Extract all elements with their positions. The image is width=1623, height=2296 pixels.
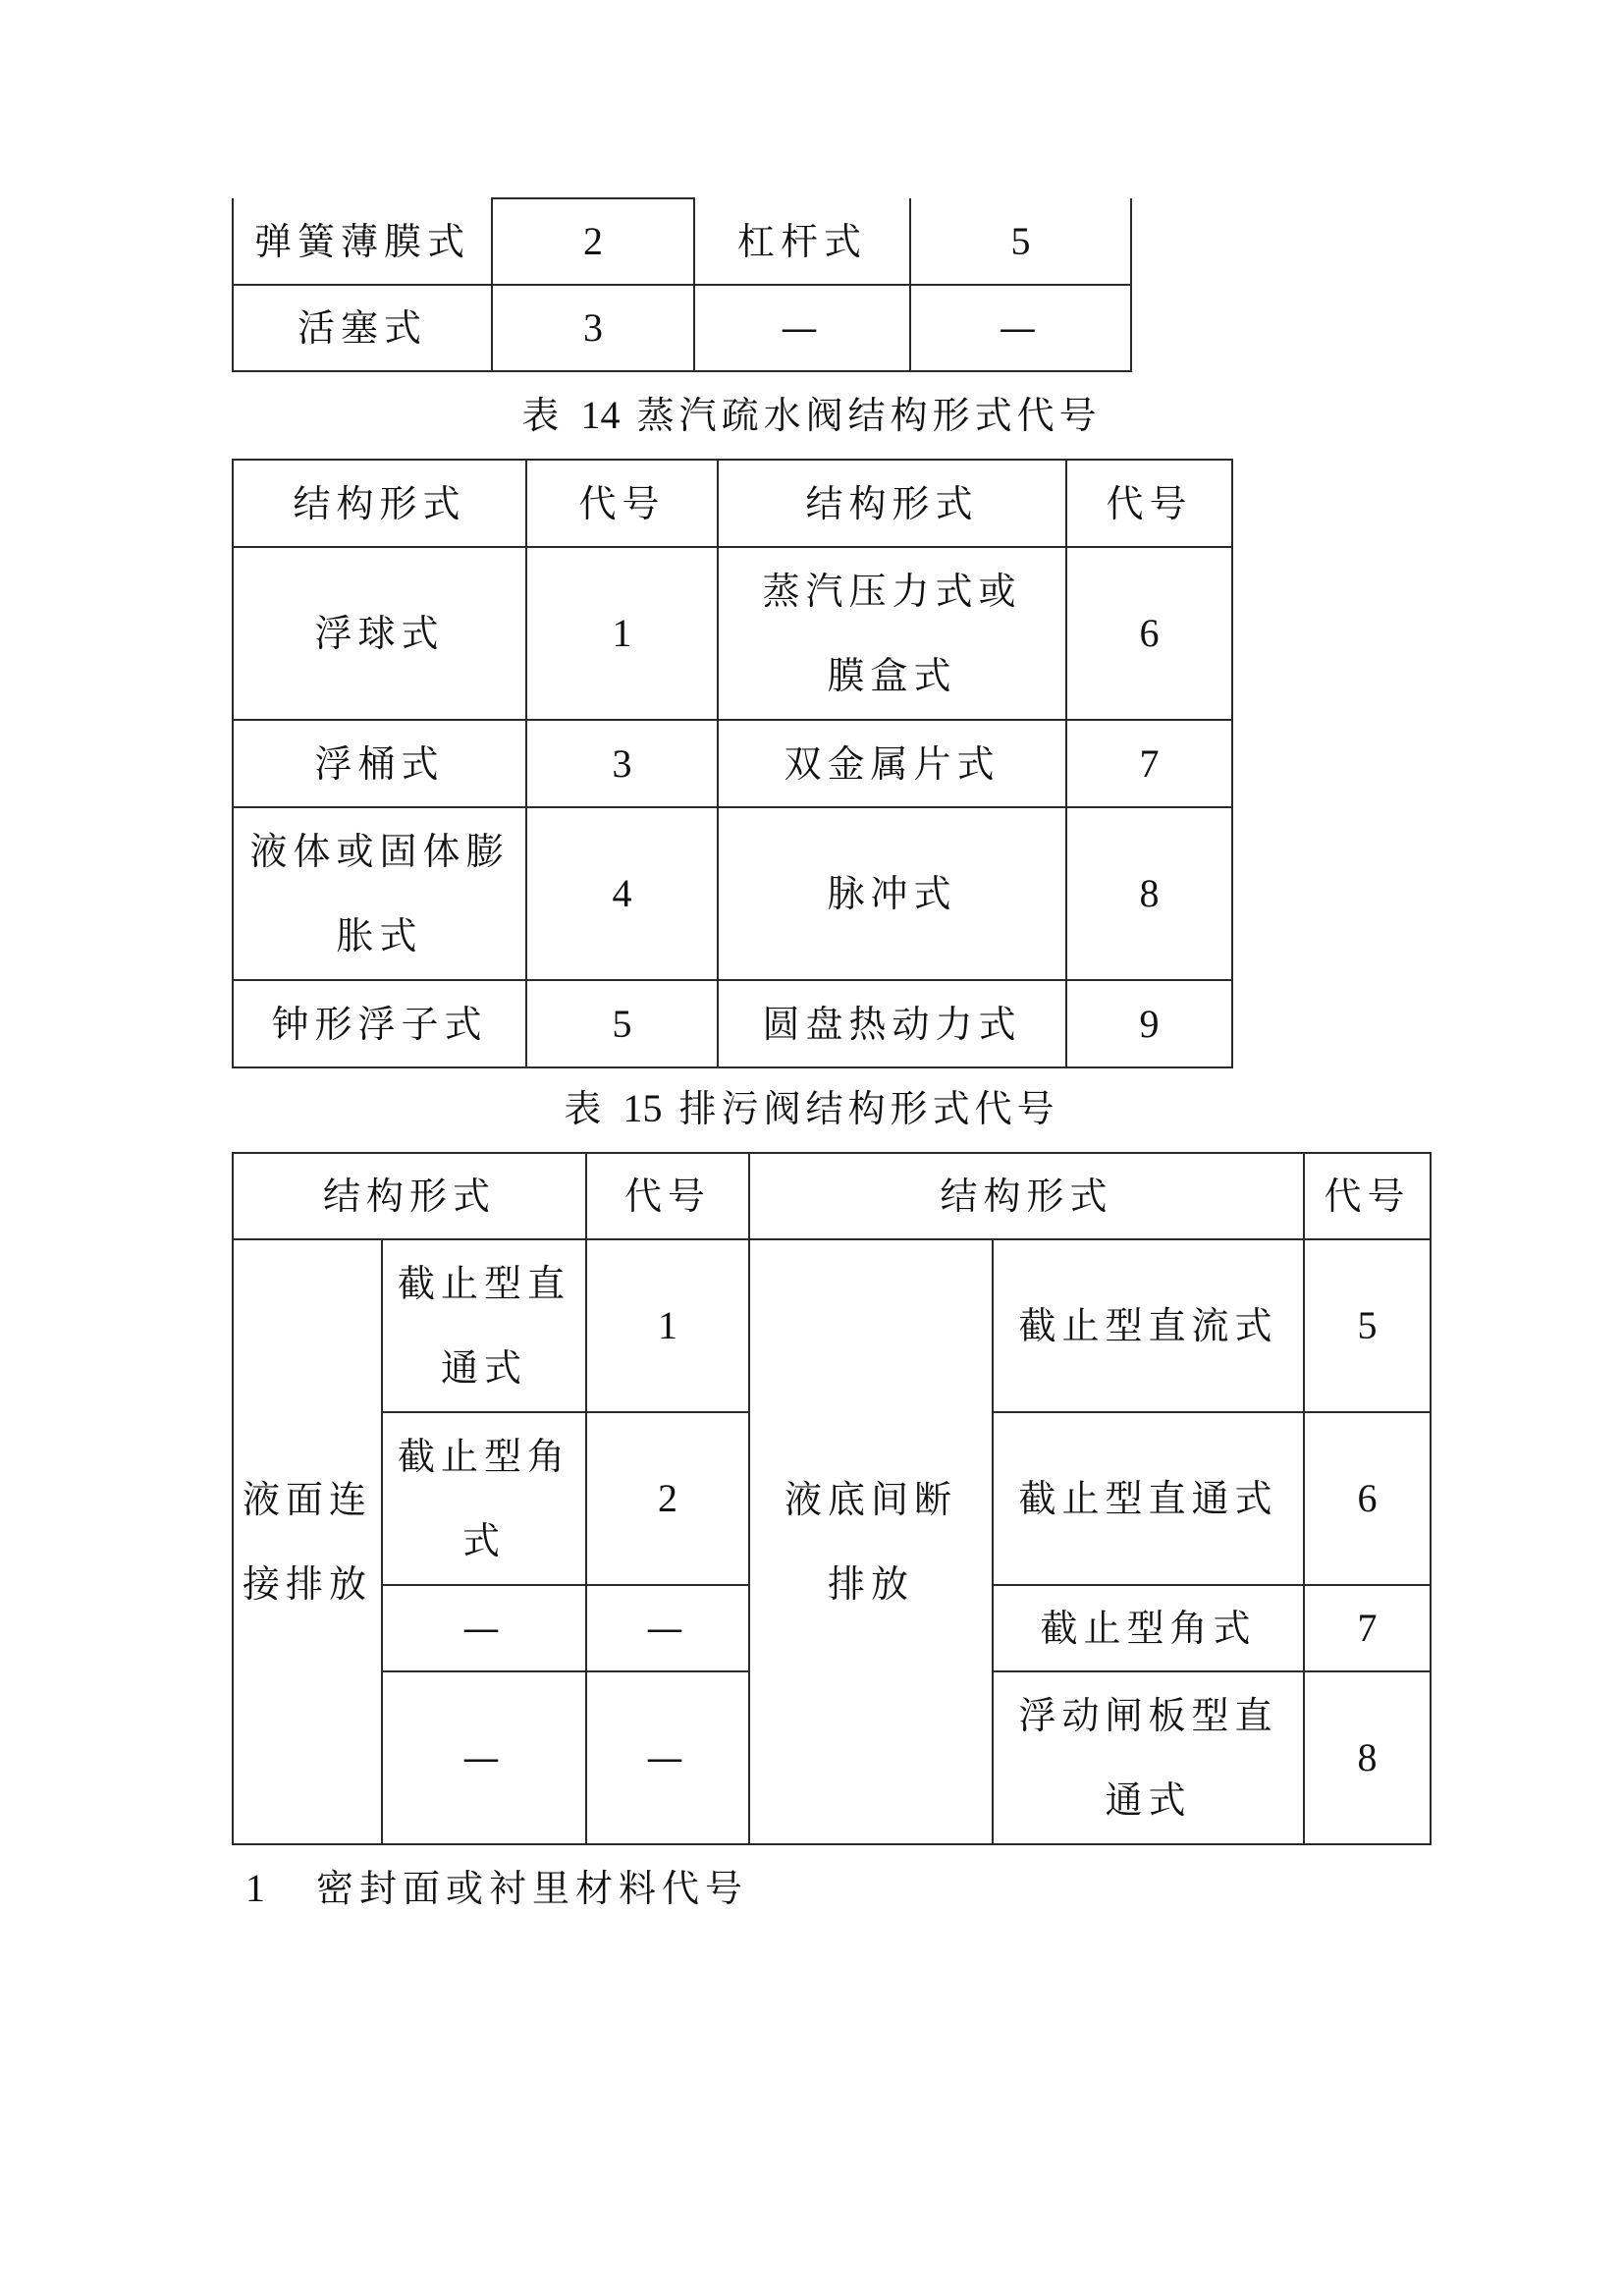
caption-number: 15	[623, 1086, 663, 1130]
header-cell: 结构形式	[718, 460, 1066, 547]
table-header-row: 结构形式 代号 结构形式 代号	[233, 1153, 1431, 1239]
table-cell: 弹簧薄膜式	[233, 198, 492, 285]
table-cell: —	[586, 1585, 749, 1671]
section-number: 1	[245, 1864, 316, 1913]
table-cell: 9	[1066, 980, 1232, 1067]
table-row: 弹簧薄膜式 2 杠杆式 5	[233, 198, 1131, 285]
table-cell: 4	[526, 807, 718, 980]
table-14-caption: 表 14 蒸汽疏水阀结构形式代号	[0, 391, 1623, 440]
table-cell: 浮动闸板型直通式	[993, 1671, 1304, 1844]
table-cell: 2	[492, 198, 694, 285]
table-cell: 浮桶式	[233, 720, 526, 807]
section-title: 密封面或衬里材料代号	[316, 1867, 748, 1910]
caption-title: 蒸汽疏水阀结构形式代号	[637, 394, 1102, 437]
table-cell: 截止型直流式	[993, 1239, 1304, 1412]
table-cell: 圆盘热动力式	[718, 980, 1066, 1067]
table-row: 浮球式 1 蒸汽压力式或膜盒式 6	[233, 547, 1232, 720]
table-cell: —	[586, 1671, 749, 1844]
table-row: 钟形浮子式 5 圆盘热动力式 9	[233, 980, 1232, 1067]
table-cell: 杠杆式	[694, 198, 910, 285]
table-15-blowdown-valve-structure-codes: 结构形式 代号 结构形式 代号 液面连接排放 截止型直通式 1 液底间断排放 截…	[232, 1152, 1432, 1845]
table-cell: 1	[526, 547, 718, 720]
header-cell: 结构形式	[233, 1153, 586, 1239]
table-cell: 6	[1066, 547, 1232, 720]
table-cell: —	[910, 285, 1131, 371]
table-cell: —	[382, 1671, 586, 1844]
table-cell: 脉冲式	[718, 807, 1066, 980]
table-cell: —	[382, 1585, 586, 1671]
table-cell: 截止型角式	[382, 1412, 586, 1585]
table-cell: 3	[526, 720, 718, 807]
table-cell: 5	[1304, 1239, 1431, 1412]
caption-prefix: 表	[564, 1087, 606, 1130]
table-cell: 浮球式	[233, 547, 526, 720]
table-cell: 5	[910, 198, 1131, 285]
table-row: 液体或固体膨胀式 4 脉冲式 8	[233, 807, 1232, 980]
continued-table: 弹簧薄膜式 2 杠杆式 5 活塞式 3 — —	[232, 197, 1132, 372]
header-cell: 代号	[1304, 1153, 1431, 1239]
header-cell: 结构形式	[233, 460, 526, 547]
table-cell: 1	[586, 1239, 749, 1412]
table-cell: 截止型直通式	[993, 1412, 1304, 1585]
table-15-caption: 表 15 排污阀结构形式代号	[0, 1084, 1623, 1133]
table-cell: 3	[492, 285, 694, 371]
table-cell: 8	[1066, 807, 1232, 980]
table-row: 活塞式 3 — —	[233, 285, 1131, 371]
header-cell: 代号	[586, 1153, 749, 1239]
table-14-steam-trap-structure-codes: 结构形式 代号 结构形式 代号 浮球式 1 蒸汽压力式或膜盒式 6 浮桶式 3 …	[232, 459, 1233, 1068]
group-cell-surface-continuous: 液面连接排放	[233, 1239, 382, 1844]
header-cell: 结构形式	[749, 1153, 1304, 1239]
caption-title: 排污阀结构形式代号	[679, 1087, 1059, 1130]
caption-number: 14	[581, 393, 621, 437]
table-cell: 截止型直通式	[382, 1239, 586, 1412]
table-cell: 活塞式	[233, 285, 492, 371]
group-cell-bottom-intermittent: 液底间断排放	[749, 1239, 993, 1844]
table-cell: 钟形浮子式	[233, 980, 526, 1067]
table-cell: 7	[1304, 1585, 1431, 1671]
table-cell: 蒸汽压力式或膜盒式	[718, 547, 1066, 720]
table-header-row: 结构形式 代号 结构形式 代号	[233, 460, 1232, 547]
table-cell: 2	[586, 1412, 749, 1585]
table-cell: 8	[1304, 1671, 1431, 1844]
header-cell: 代号	[526, 460, 718, 547]
table-cell: 截止型角式	[993, 1585, 1304, 1671]
table-cell: —	[694, 285, 910, 371]
table-cell: 6	[1304, 1412, 1431, 1585]
table-row: 液面连接排放 截止型直通式 1 液底间断排放 截止型直流式 5	[233, 1239, 1431, 1412]
caption-prefix: 表	[521, 394, 564, 437]
table-cell: 液体或固体膨胀式	[233, 807, 526, 980]
table-cell: 7	[1066, 720, 1232, 807]
table-cell: 5	[526, 980, 718, 1067]
header-cell: 代号	[1066, 460, 1232, 547]
table-row: 浮桶式 3 双金属片式 7	[233, 720, 1232, 807]
table-cell: 双金属片式	[718, 720, 1066, 807]
section-heading: 1密封面或衬里材料代号	[245, 1864, 748, 1913]
